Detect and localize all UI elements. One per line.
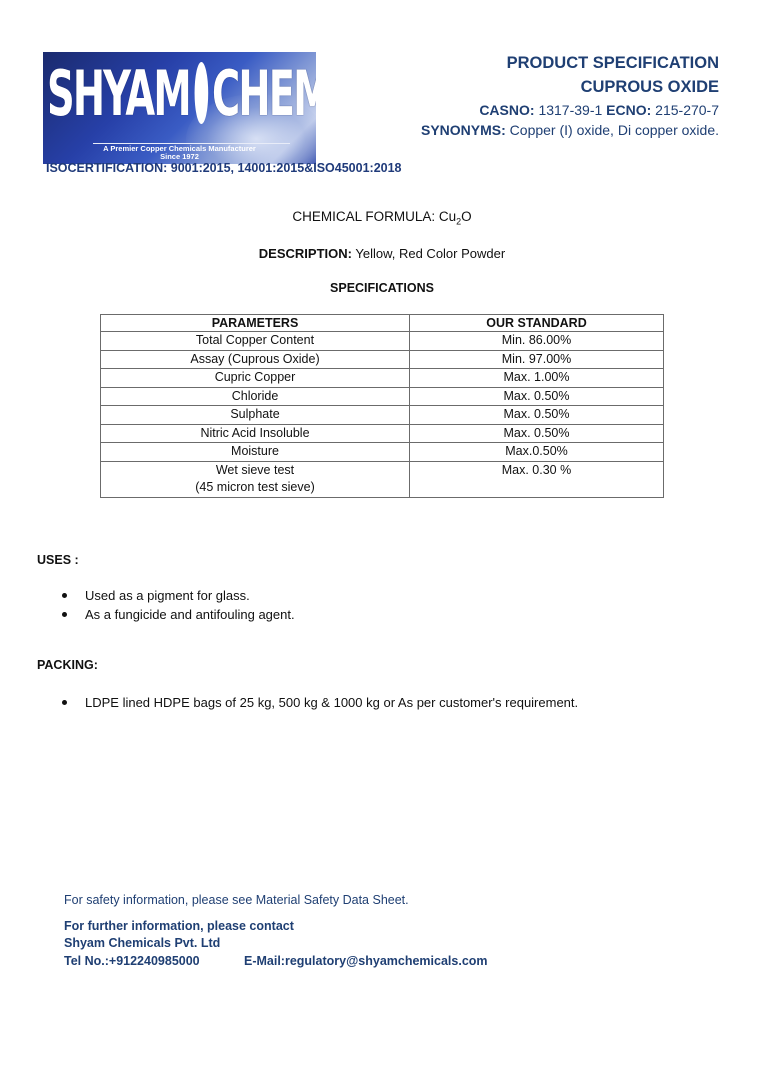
- parameter-detail: (45 micron test sieve): [101, 479, 409, 497]
- synonyms-value: Copper (I) oxide, Di copper oxide.: [510, 122, 719, 138]
- ec-label: ECNO:: [606, 102, 651, 118]
- parameter-name: Total Copper Content: [101, 332, 409, 350]
- cas-value: 1317-39-1: [538, 102, 602, 118]
- list-item: Used as a pigment for glass.: [0, 586, 295, 605]
- parameter-name: Nitric Acid Insoluble: [101, 425, 409, 443]
- ec-value: 215-270-7: [655, 102, 719, 118]
- table-row: Assay (Cuprous Oxide)Min. 97.00%: [101, 350, 664, 369]
- parameter-cell: Chloride: [101, 387, 410, 406]
- list-item-text: LDPE lined HDPE bags of 25 kg, 500 kg & …: [85, 695, 578, 710]
- parameter-cell: Nitric Acid Insoluble: [101, 424, 410, 443]
- formula-base: Cu: [439, 209, 456, 224]
- table-row: ChlorideMax. 0.50%: [101, 387, 664, 406]
- standard-cell: Max. 0.50%: [410, 387, 664, 406]
- bullet-icon: [62, 593, 67, 598]
- standard-cell: Max. 1.00%: [410, 369, 664, 388]
- parameter-cell: Total Copper Content: [101, 332, 410, 351]
- specifications-table: PARAMETERS OUR STANDARD Total Copper Con…: [100, 314, 664, 498]
- standard-cell: Max. 0.30 %: [410, 461, 664, 497]
- parameter-name: Moisture: [101, 443, 409, 461]
- product-name: CUPROUS OXIDE: [581, 78, 719, 97]
- list-item: LDPE lined HDPE bags of 25 kg, 500 kg & …: [0, 693, 578, 712]
- specifications-title: SPECIFICATIONS: [0, 281, 764, 295]
- document-title: PRODUCT SPECIFICATION: [507, 54, 719, 73]
- table-row: Total Copper ContentMin. 86.00%: [101, 332, 664, 351]
- uses-list: Used as a pigment for glass.As a fungici…: [0, 586, 295, 624]
- logo-wordmark: SHYAM CHEM: [47, 54, 213, 132]
- description-value: Yellow, Red Color Powder: [355, 246, 505, 261]
- formula-label: CHEMICAL FORMULA:: [292, 209, 439, 224]
- parameter-name: Sulphate: [101, 406, 409, 424]
- parameter-name: Cupric Copper: [101, 369, 409, 387]
- list-item-text: Used as a pigment for glass.: [85, 588, 250, 603]
- table-row: MoistureMax.0.50%: [101, 443, 664, 462]
- parameter-cell: Moisture: [101, 443, 410, 462]
- list-item-text: As a fungicide and antifouling agent.: [85, 607, 295, 622]
- table-header-row: PARAMETERS OUR STANDARD: [101, 315, 664, 332]
- list-item: As a fungicide and antifouling agent.: [0, 605, 295, 624]
- parameter-name: Chloride: [101, 388, 409, 406]
- telephone: Tel No.:+912240985000: [64, 954, 200, 968]
- standard-cell: Max. 0.50%: [410, 406, 664, 425]
- parameter-name: Wet sieve test: [101, 462, 409, 480]
- bullet-icon: [62, 700, 67, 705]
- description-label: DESCRIPTION:: [259, 246, 352, 261]
- uses-heading: USES :: [37, 553, 79, 567]
- company-name: Shyam Chemicals Pvt. Ltd: [64, 936, 220, 950]
- standard-cell: Max. 0.50%: [410, 424, 664, 443]
- logo-ring-icon: [195, 62, 209, 124]
- table-row: SulphateMax. 0.50%: [101, 406, 664, 425]
- table-row: Nitric Acid InsolubleMax. 0.50%: [101, 424, 664, 443]
- company-logo: SHYAM CHEM A Premier Copper Chemicals Ma…: [43, 52, 316, 164]
- column-header-standard: OUR STANDARD: [410, 315, 664, 332]
- standard-cell: Max.0.50%: [410, 443, 664, 462]
- packing-list: LDPE lined HDPE bags of 25 kg, 500 kg & …: [0, 693, 578, 712]
- chemical-formula: CHEMICAL FORMULA: Cu2O: [0, 209, 764, 227]
- logo-wordmark-left: SHYAM: [47, 57, 190, 130]
- logo-tagline-line2: Since 1972: [43, 153, 316, 161]
- parameter-cell: Cupric Copper: [101, 369, 410, 388]
- column-header-parameters: PARAMETERS: [101, 315, 410, 332]
- iso-certification: ISOCERTIFICATION: 9001:2015, 14001:2015&…: [46, 161, 402, 175]
- table-row: Wet sieve test(45 micron test sieve)Max.…: [101, 461, 664, 497]
- cas-label: CASNO:: [479, 102, 534, 118]
- parameter-cell: Assay (Cuprous Oxide): [101, 350, 410, 369]
- description: DESCRIPTION: Yellow, Red Color Powder: [0, 246, 764, 261]
- table-row: Cupric CopperMax. 1.00%: [101, 369, 664, 388]
- logo-tagline: A Premier Copper Chemicals Manufacturer …: [43, 145, 316, 161]
- parameter-cell: Sulphate: [101, 406, 410, 425]
- safety-note: For safety information, please see Mater…: [64, 893, 409, 907]
- packing-heading: PACKING:: [37, 658, 98, 672]
- contact-intro: For further information, please contact: [64, 919, 294, 933]
- standard-cell: Min. 97.00%: [410, 350, 664, 369]
- parameter-cell: Wet sieve test(45 micron test sieve): [101, 461, 410, 497]
- synonyms: SYNONYMS: Copper (I) oxide, Di copper ox…: [421, 122, 719, 138]
- bullet-icon: [62, 612, 67, 617]
- parameter-name: Assay (Cuprous Oxide): [101, 351, 409, 369]
- identifiers: CASNO: 1317-39-1 ECNO: 215-270-7: [479, 102, 719, 118]
- logo-wordmark-right: CHEM: [212, 57, 316, 130]
- standard-cell: Min. 86.00%: [410, 332, 664, 351]
- email-contact[interactable]: E-Mail:regulatory@shyamchemicals.com: [244, 954, 488, 968]
- formula-suffix: O: [461, 209, 472, 224]
- synonyms-label: SYNONYMS:: [421, 122, 506, 138]
